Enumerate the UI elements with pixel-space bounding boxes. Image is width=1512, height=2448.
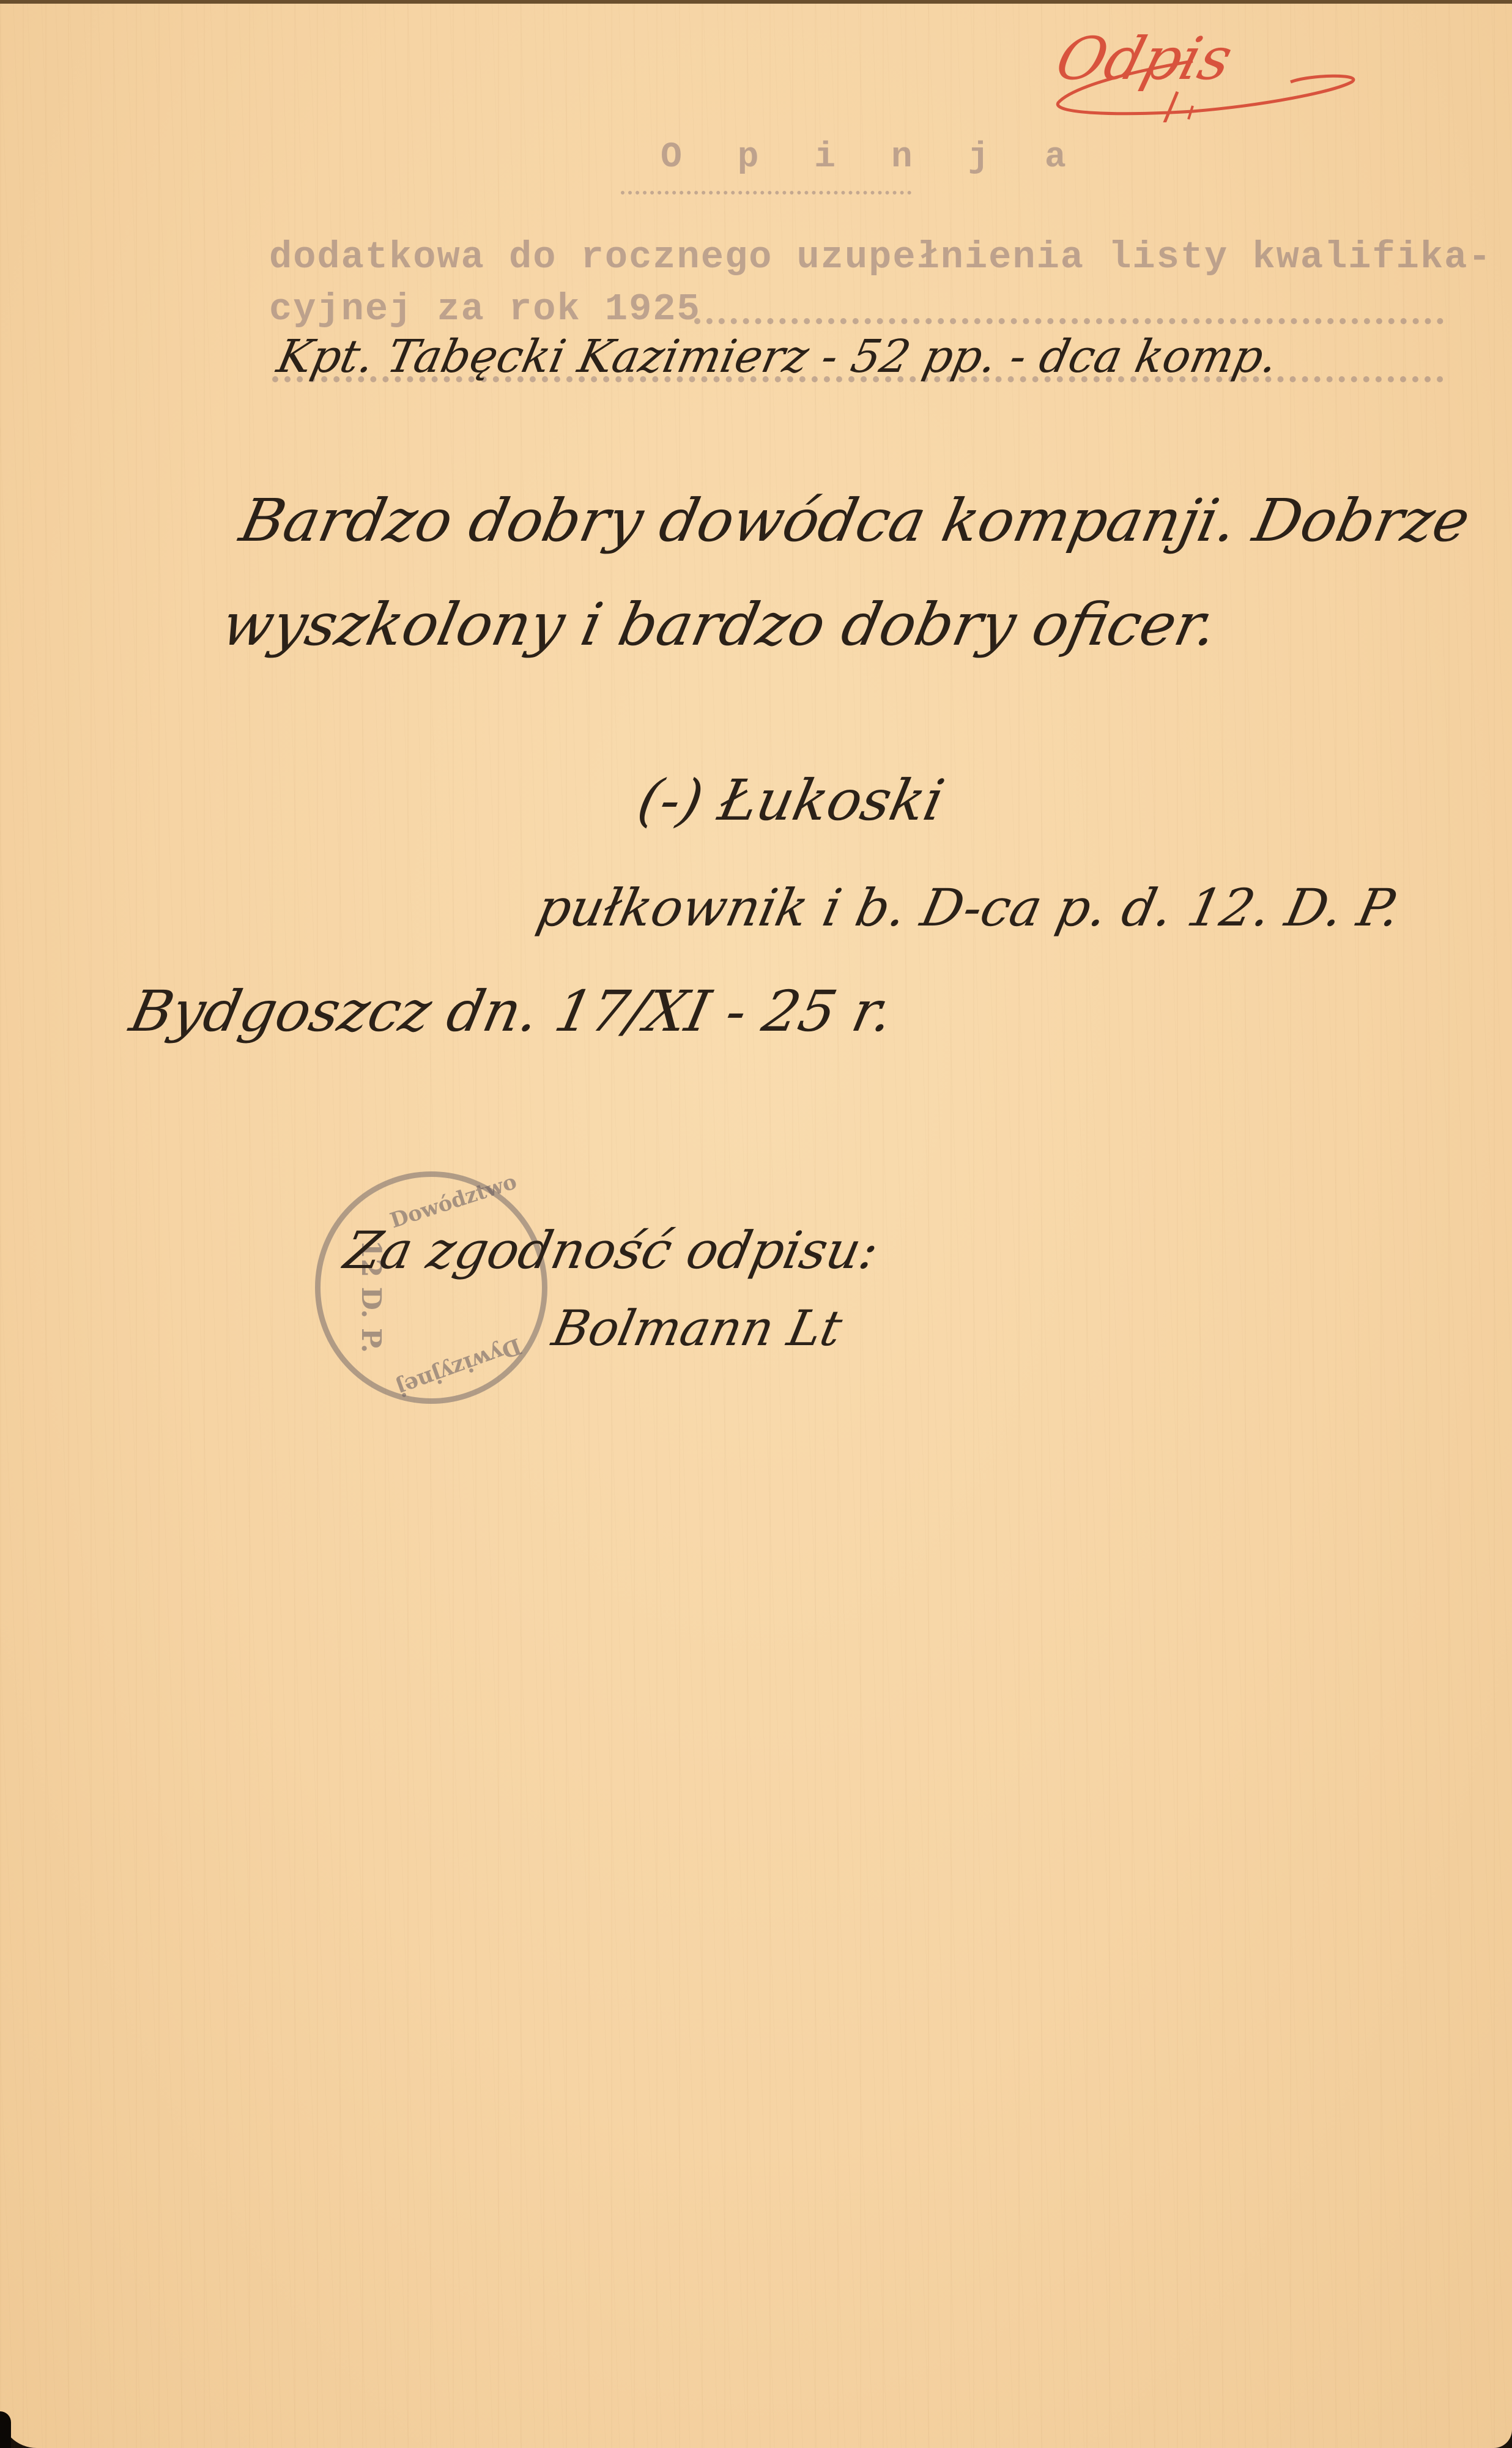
signatory-rank: pułkownik i b. D-ca p. d. 12. D. P. [532,878,1406,938]
certification-signature: Bolmann Lt [547,1300,847,1357]
typed-subtitle-line1: dodatkowa do rocznego uzupełnienia listy… [269,236,1492,279]
place-date: Bydgoszcz dn. 17/XI - 25 r. [125,979,899,1044]
typed-title: O p i n j a [661,138,1083,177]
page-corner-shadow [0,2411,11,2448]
title-underline [621,191,911,195]
official-seal: Dowództwo 12 D. P. Dywizyjnej [315,1171,547,1404]
document-page: Odpis O p i n j a dodatkowa do rocznego … [0,0,1512,2448]
odpis-mark: Odpis [1049,24,1240,93]
typed-subtitle-line2: cyjnej za rok 1925 [269,287,701,331]
opinion-line2: wyszkolony i bardzo dobry oficer. [216,590,1223,659]
seal-bottom-text: Dywizyjnej [393,1333,525,1401]
dotted-fill-line [694,318,1443,324]
certification-text: Za zgodność odpisu: [339,1220,884,1280]
officer-subject: Kpt. Tabęcki Kazimierz - 52 pp. - dca ko… [273,330,1283,383]
signature-lukoski: (-) Łukoski [632,768,950,833]
opinion-line1: Bardzo dobry dowódca kompanji. Dobrze [234,486,1476,555]
